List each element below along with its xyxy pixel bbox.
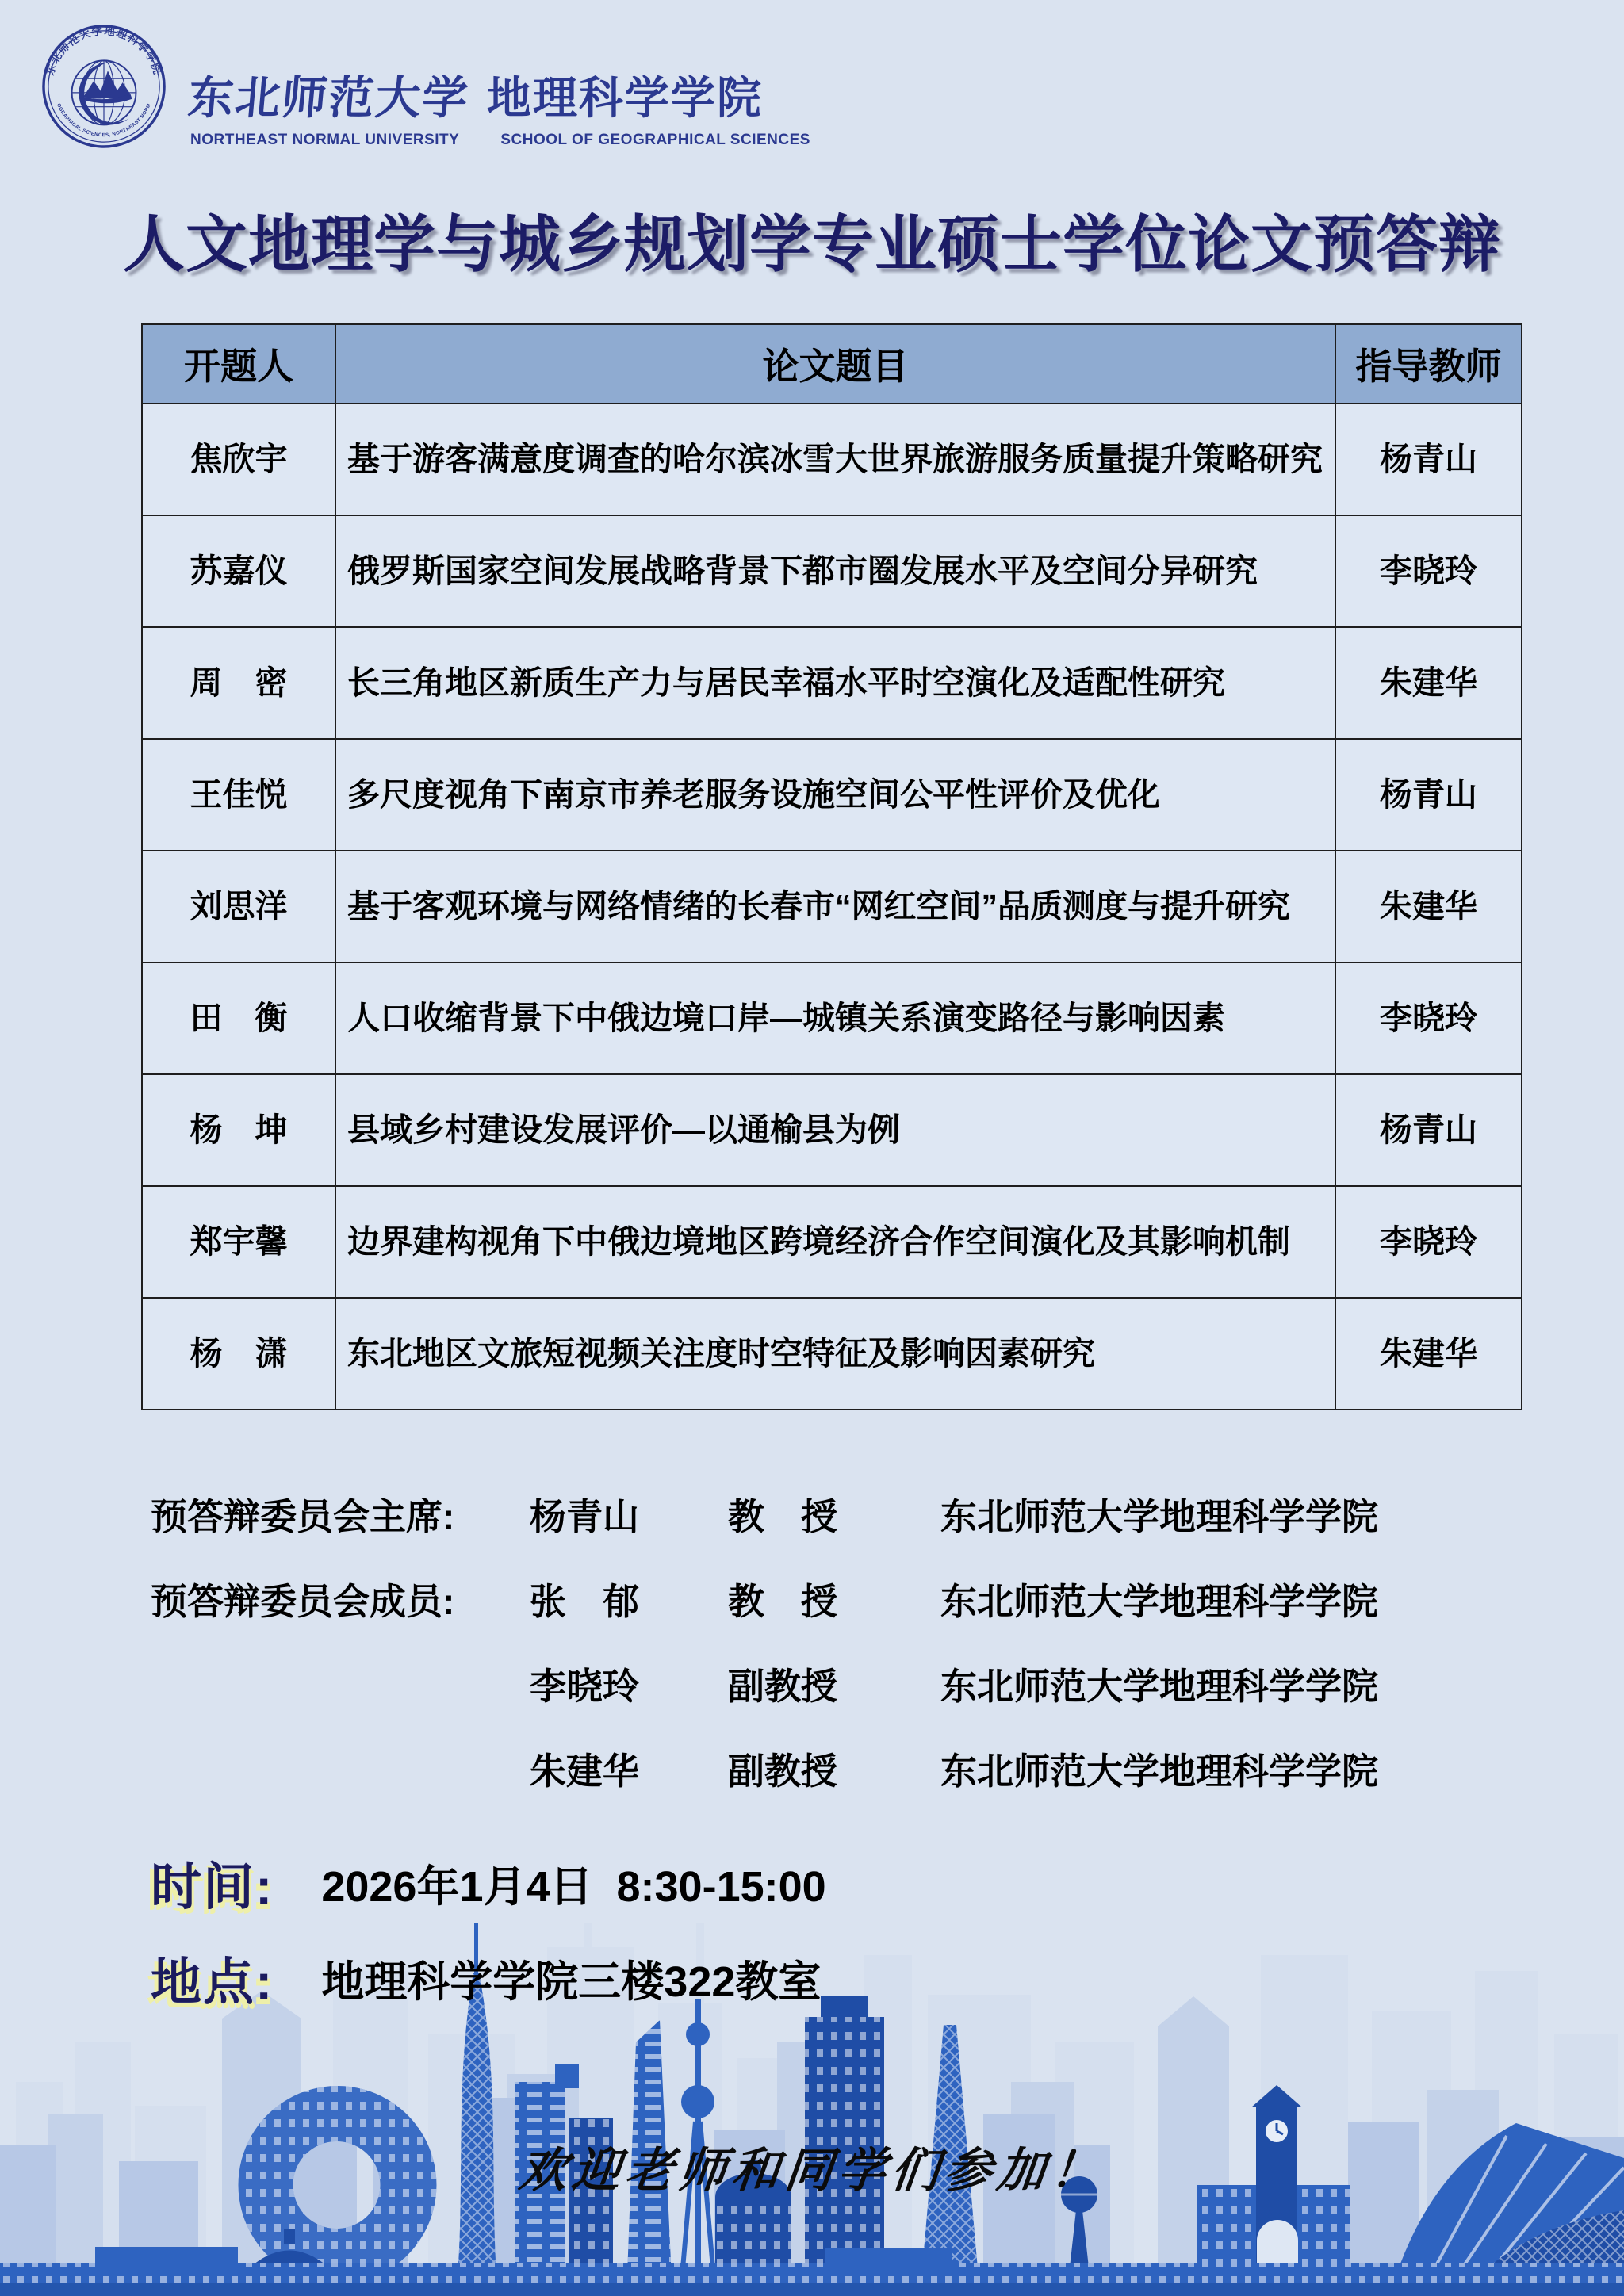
university-name-cn: 东北师范大学 <box>186 62 472 127</box>
student-name: 刘思洋 <box>142 851 335 962</box>
student-name: 苏嘉仪 <box>142 515 335 627</box>
committee-member-affiliation: 东北师范大学地理科学学院 <box>940 1573 1378 1625</box>
thesis-title: 基于客观环境与网络情绪的长春市“网红空间”品质测度与提升研究 <box>335 851 1335 962</box>
committee-section: 预答辩委员会主席: 杨青山 教 授 东北师范大学地理科学学院 预答辩委员会成员:… <box>151 1471 1378 1811</box>
committee-role-label: 预答辩委员会主席: <box>151 1488 530 1540</box>
committee-member-name: 李晓玲 <box>530 1658 728 1710</box>
thesis-title: 长三角地区新质生产力与居民幸福水平时空演化及适配性研究 <box>335 627 1335 739</box>
thesis-title: 东北地区文旅短视频关注度时空特征及影响因素研究 <box>335 1298 1335 1410</box>
committee-member-affiliation: 东北师范大学地理科学学院 <box>940 1743 1378 1795</box>
student-name: 郑宇馨 <box>142 1186 335 1298</box>
place-row: 地点: 地理科学学院三楼322教室 <box>151 1944 821 2012</box>
place-value: 地理科学学院三楼322教室 <box>321 1948 821 2009</box>
advisor-name: 杨青山 <box>1335 739 1522 851</box>
table-row: 周 密 长三角地区新质生产力与居民幸福水平时空演化及适配性研究 朱建华 <box>142 627 1522 739</box>
thesis-title: 边界建构视角下中俄边境地区跨境经济合作空间演化及其影响机制 <box>335 1186 1335 1298</box>
student-name: 杨 潇 <box>142 1298 335 1410</box>
student-name: 田 衡 <box>142 962 335 1074</box>
table-row: 王佳悦 多尺度视角下南京市养老服务设施空间公平性评价及优化 杨青山 <box>142 739 1522 851</box>
committee-row: 李晓玲 副教授 东北师范大学地理科学学院 <box>151 1641 1378 1726</box>
time-value: 2026年1月4日 8:30-15:00 <box>321 1853 825 1914</box>
thesis-title: 人口收缩背景下中俄边境口岸—城镇关系演变路径与影响因素 <box>335 962 1335 1074</box>
brand-names: 东北师范大学地理科学学院 <box>189 62 763 127</box>
thesis-title: 多尺度视角下南京市养老服务设施空间公平性评价及优化 <box>335 739 1335 851</box>
table-row: 田 衡 人口收缩背景下中俄边境口岸—城镇关系演变路径与影响因素 李晓玲 <box>142 962 1522 1074</box>
thesis-title: 俄罗斯国家空间发展战略背景下都市圈发展水平及空间分异研究 <box>335 515 1335 627</box>
committee-row: 朱建华 副教授 东北师范大学地理科学学院 <box>151 1726 1378 1811</box>
committee-member-name: 杨青山 <box>530 1488 728 1540</box>
poster-title: 人文地理学与城乡规划学专业硕士学位论文预答辩 <box>0 195 1624 284</box>
committee-row: 预答辩委员会主席: 杨青山 教 授 东北师范大学地理科学学院 <box>151 1471 1378 1556</box>
school-name-en: SCHOOL OF GEOGRAPHICAL SCIENCES <box>500 132 810 149</box>
defense-schedule-table: 开题人 论文题目 指导教师 焦欣宇 基于游客满意度调查的哈尔滨冰雪大世界旅游服务… <box>141 323 1522 1410</box>
student-name: 杨 坤 <box>142 1074 335 1186</box>
welcome-text: 欢迎老师和同学们参加！ <box>0 2133 1624 2201</box>
place-label: 地点: <box>151 1942 274 2015</box>
advisor-name: 李晓玲 <box>1335 515 1522 627</box>
committee-member-title: 副教授 <box>728 1658 940 1710</box>
seal-globe <box>72 60 136 124</box>
committee-row: 预答辩委员会成员: 张 郁 教 授 东北师范大学地理科学学院 <box>151 1556 1378 1641</box>
column-header-thesis: 论文题目 <box>335 324 1335 404</box>
committee-member-title: 教 授 <box>728 1488 940 1540</box>
table-header-row: 开题人 论文题目 指导教师 <box>142 324 1522 404</box>
advisor-name: 朱建华 <box>1335 1298 1522 1410</box>
committee-member-title: 副教授 <box>728 1743 940 1795</box>
school-name-cn: 地理科学学院 <box>487 73 763 123</box>
committee-member-title: 教 授 <box>728 1573 940 1625</box>
thesis-title: 县域乡村建设发展评价—以通榆县为例 <box>335 1074 1335 1186</box>
committee-member-affiliation: 东北师范大学地理科学学院 <box>940 1658 1378 1710</box>
university-name-en: NORTHEAST NORMAL UNIVERSITY <box>190 132 459 149</box>
table-row: 郑宇馨 边界建构视角下中俄边境地区跨境经济合作空间演化及其影响机制 李晓玲 <box>142 1186 1522 1298</box>
table-row: 杨 坤 县域乡村建设发展评价—以通榆县为例 杨青山 <box>142 1074 1522 1186</box>
student-name: 王佳悦 <box>142 739 335 851</box>
advisor-name: 李晓玲 <box>1335 962 1522 1074</box>
advisor-name: 朱建华 <box>1335 851 1522 962</box>
advisor-name: 杨青山 <box>1335 404 1522 515</box>
committee-member-name: 朱建华 <box>530 1743 728 1795</box>
committee-role-label: 预答辩委员会成员: <box>151 1573 530 1625</box>
advisor-name: 李晓玲 <box>1335 1186 1522 1298</box>
student-name: 周 密 <box>142 627 335 739</box>
advisor-name: 杨青山 <box>1335 1074 1522 1186</box>
thesis-title: 基于游客满意度调查的哈尔滨冰雪大世界旅游服务质量提升策略研究 <box>335 404 1335 515</box>
student-name: 焦欣宇 <box>142 404 335 515</box>
table-row: 苏嘉仪 俄罗斯国家空间发展战略背景下都市圈发展水平及空间分异研究 李晓玲 <box>142 515 1522 627</box>
brand-names-en: NORTHEAST NORMAL UNIVERSITY SCHOOL OF GE… <box>190 132 810 149</box>
table-row: 杨 潇 东北地区文旅短视频关注度时空特征及影响因素研究 朱建华 <box>142 1298 1522 1410</box>
table-row: 焦欣宇 基于游客满意度调查的哈尔滨冰雪大世界旅游服务质量提升策略研究 杨青山 <box>142 404 1522 515</box>
committee-member-affiliation: 东北师范大学地理科学学院 <box>940 1488 1378 1540</box>
time-row: 时间: 2026年1月4日 8:30-15:00 <box>151 1849 826 1917</box>
column-header-student: 开题人 <box>142 324 335 404</box>
university-seal-logo: 东北师范大学地理科学学院 SCHOOL OF GEOGRAPHICAL SCIE… <box>41 24 167 149</box>
poster-page: 东北师范大学地理科学学院 SCHOOL OF GEOGRAPHICAL SCIE… <box>0 0 1624 2296</box>
time-label: 时间: <box>151 1846 274 1919</box>
column-header-advisor: 指导教师 <box>1335 324 1522 404</box>
table-row: 刘思洋 基于客观环境与网络情绪的长春市“网红空间”品质测度与提升研究 朱建华 <box>142 851 1522 962</box>
committee-member-name: 张 郁 <box>530 1573 728 1625</box>
advisor-name: 朱建华 <box>1335 627 1522 739</box>
